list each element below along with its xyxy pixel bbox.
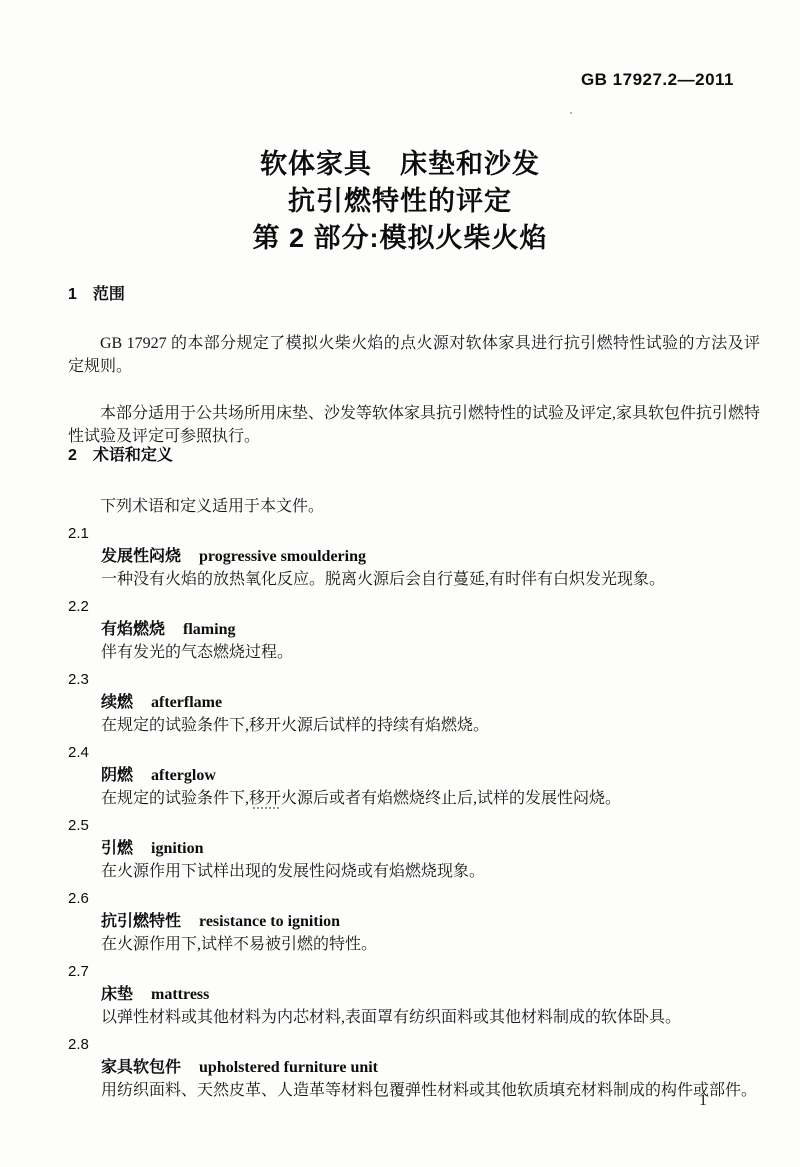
term-definition: 用纺织面料、天然皮革、人造革等材料包覆弹性材料或其他软质填充材料制成的构件或部件… (68, 1079, 760, 1102)
term-title: 引燃ignition (68, 837, 760, 860)
term-name-zh: 有焰燃烧 (101, 621, 165, 638)
term-name-zh: 抗引燃特性 (101, 913, 181, 930)
term-definition: 以弹性材料或其他材料为内芯材料,表面罩有纺织面料或其他材料制成的软体卧具。 (68, 1006, 760, 1029)
term-name-zh: 续燃 (101, 694, 133, 711)
document-title: 软体家具 床垫和沙发 抗引燃特性的评定 第 2 部分:模拟火柴火焰 (0, 146, 800, 257)
term-number: 2.3 (68, 668, 760, 691)
term-name-zh: 引燃 (101, 840, 133, 857)
title-line-2: 抗引燃特性的评定 (0, 183, 800, 220)
term-number: 2.1 (68, 522, 760, 545)
section-scope-number: 1 (68, 285, 77, 305)
term-block: 2.4 阴燃afterglow 在规定的试验条件下,移开火源后或者有焰燃烧终止后… (68, 741, 760, 810)
scope-paragraph: GB 17927 的本部分规定了模拟火柴火焰的点火源对软体家具进行抗引燃特性试验… (68, 332, 760, 378)
term-name-zh: 阴燃 (101, 767, 133, 784)
term-definition: 在火源作用下试样出现的发展性闷烧或有焰燃烧现象。 (68, 860, 760, 883)
term-number: 2.4 (68, 741, 760, 764)
doc-number: GB 17927.2—2011 (581, 70, 734, 90)
section-terms-number: 2 (68, 446, 77, 466)
term-name-en: afterflame (151, 694, 222, 711)
title-line-3: 第 2 部分:模拟火柴火焰 (0, 220, 800, 257)
term-name-en: mattress (151, 986, 209, 1003)
term-name-zh: 发展性闷烧 (101, 548, 181, 565)
page-number: 1 (699, 1092, 707, 1110)
term-number: 2.5 (68, 814, 760, 837)
section-scope-heading: 1范围 (68, 285, 760, 305)
scope-paragraph: 本部分适用于公共场所用床垫、沙发等软体家具抗引燃特性的试验及评定,家具软包件抗引… (68, 402, 760, 448)
term-block: 2.7 床垫mattress 以弹性材料或其他材料为内芯材料,表面罩有纺织面料或… (68, 960, 760, 1029)
term-title: 家具软包件upholstered furniture unit (68, 1056, 760, 1079)
term-number: 2.6 (68, 887, 760, 910)
term-block: 2.1 发展性闷烧progressive smouldering 一种没有火焰的… (68, 522, 760, 591)
term-title: 抗引燃特性resistance to ignition (68, 910, 760, 933)
section-terms-heading: 2术语和定义 (68, 446, 760, 466)
term-title: 续燃afterflame (68, 691, 760, 714)
term-block: 2.5 引燃ignition 在火源作用下试样出现的发展性闷烧或有焰燃烧现象。 (68, 814, 760, 883)
term-name-zh: 床垫 (101, 986, 133, 1003)
title-line-1: 软体家具 床垫和沙发 (0, 146, 800, 183)
term-name-zh: 家具软包件 (101, 1059, 181, 1076)
term-definition: 伴有发光的气态燃烧过程。 (68, 641, 760, 664)
term-title: 阴燃afterglow (68, 764, 760, 787)
term-name-en: afterglow (151, 767, 216, 784)
term-number: 2.8 (68, 1033, 760, 1056)
term-number: 2.2 (68, 595, 760, 618)
term-block: 2.2 有焰燃烧flaming 伴有发光的气态燃烧过程。 (68, 595, 760, 664)
term-definition: 在火源作用下,试样不易被引燃的特性。 (68, 933, 760, 956)
term-name-en: progressive smouldering (199, 548, 366, 565)
term-definition: 在规定的试验条件下,移开火源后试样的持续有焰燃烧。 (68, 714, 760, 737)
section-scope: 1范围 GB 17927 的本部分规定了模拟火柴火焰的点火源对软体家具进行抗引燃… (68, 285, 760, 448)
term-block: 2.3 续燃afterflame 在规定的试验条件下,移开火源后试样的持续有焰燃… (68, 668, 760, 737)
term-number: 2.7 (68, 960, 760, 983)
document-page: GB 17927.2—2011 软体家具 床垫和沙发 抗引燃特性的评定 第 2 … (0, 0, 800, 1167)
term-block: 2.8 家具软包件upholstered furniture unit 用纺织面… (68, 1033, 760, 1102)
section-terms: 2术语和定义 下列术语和定义适用于本文件。 2.1 发展性闷烧progressi… (68, 446, 760, 1102)
terms-intro: 下列术语和定义适用于本文件。 (68, 495, 760, 518)
term-name-en: flaming (183, 621, 235, 638)
term-block: 2.6 抗引燃特性resistance to ignition 在火源作用下,试… (68, 887, 760, 956)
term-name-en: ignition (151, 840, 203, 857)
term-definition: 在规定的试验条件下,移开火源后或者有焰燃烧终止后,试样的发展性闷烧。 (68, 787, 760, 810)
scan-artifact-dot (570, 112, 572, 114)
section-scope-title: 范围 (93, 286, 125, 303)
term-title: 发展性闷烧progressive smouldering (68, 545, 760, 568)
term-title: 床垫mattress (68, 983, 760, 1006)
term-name-en: resistance to ignition (199, 913, 340, 930)
term-title: 有焰燃烧flaming (68, 618, 760, 641)
term-name-en: upholstered furniture unit (199, 1059, 378, 1076)
term-definition: 一种没有火焰的放热氧化反应。脱离火源后会自行蔓延,有时伴有白炽发光现象。 (68, 568, 760, 591)
section-terms-title: 术语和定义 (93, 447, 173, 464)
